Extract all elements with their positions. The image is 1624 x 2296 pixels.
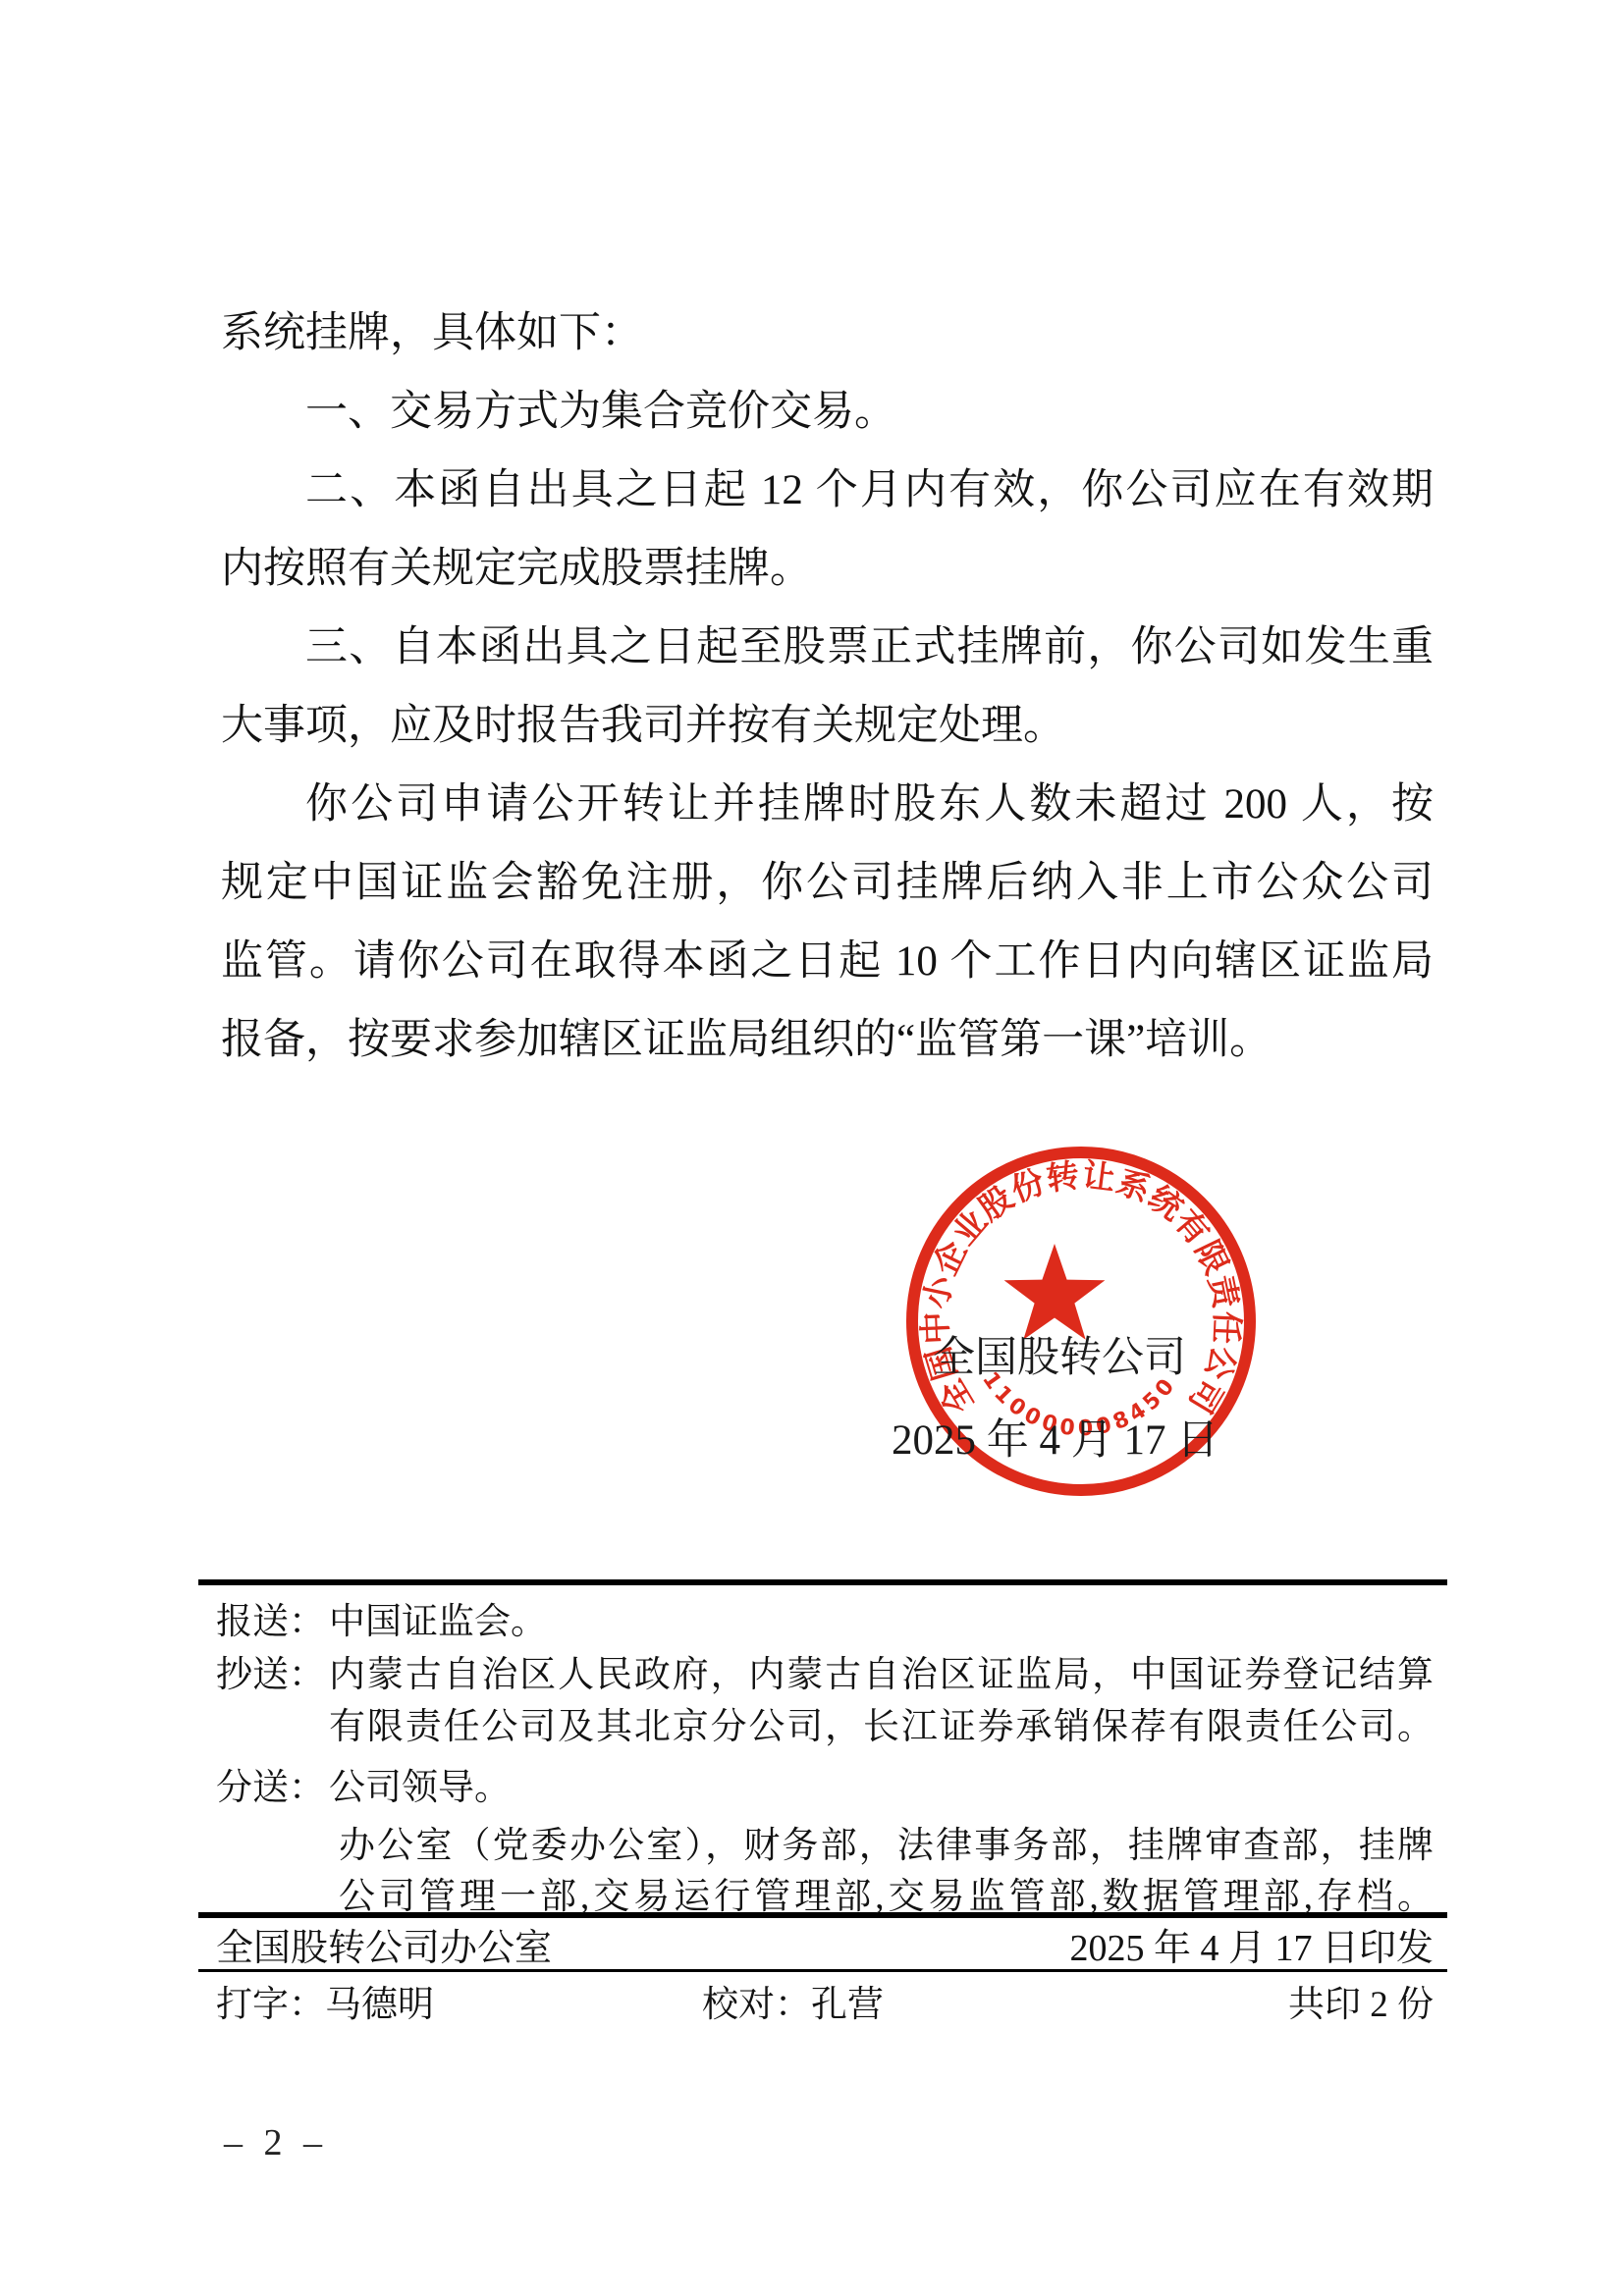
report-to-value: 中国证监会。	[329, 1600, 1434, 1645]
body-line: 大事项，应及时报告我司并按有关规定处理。	[221, 687, 1434, 766]
seal-star-icon	[1004, 1244, 1106, 1340]
cc-line-2: 有限责任公司及其北京分公司，长江证券承销保荐有限责任公司。	[329, 1705, 1434, 1750]
body-line: 二、本函自出具之日起 12 个月内有效，你公司应在有效期	[221, 452, 1434, 530]
body-line: 一、交易方式为集合竞价交易。	[221, 373, 1434, 452]
cc-label: 抄送：	[216, 1653, 325, 1698]
body-line: 你公司申请公开转让并挂牌时股东人数未超过 200 人，按	[221, 766, 1434, 844]
report-to-label: 报送：	[216, 1600, 325, 1645]
footer-top-rule	[198, 1579, 1447, 1585]
body-line: 系统挂牌，具体如下：	[221, 294, 1434, 373]
distribution-value: 公司领导。	[329, 1766, 1434, 1811]
body-line: 内按照有关规定完成股票挂牌。	[221, 530, 1434, 609]
distribution-line-2: 办公室（党委办公室），财务部，法律事务部，挂牌审查部，挂牌	[339, 1824, 1434, 1869]
body-line: 三、自本函出具之日起至股票正式挂牌前，你公司如发生重	[221, 609, 1434, 687]
signature-company: 全国股转公司	[933, 1335, 1186, 1382]
body-line: 监管。请你公司在取得本函之日起 10 个工作日内向辖区证监局	[221, 923, 1434, 1001]
copies-count: 共印 2 份	[1288, 1983, 1434, 2028]
proofreader: 校对：孔营	[702, 1983, 884, 2028]
issue-date: 2025 年 4 月 17 日印发	[1069, 1926, 1434, 1971]
issuing-office: 全国股转公司办公室	[216, 1926, 552, 1971]
signature-date: 2025 年 4 月 17 日	[892, 1417, 1218, 1465]
body-line: 报备，按要求参加辖区证监局组织的“监管第一课”培训。	[221, 1001, 1434, 1080]
distribution-line-3: 公司管理一部,交易运行管理部,交易监管部,数据管理部,存档。	[339, 1875, 1434, 1920]
cc-line-1: 内蒙古自治区人民政府，内蒙古自治区证监局，中国证券登记结算	[329, 1653, 1434, 1698]
body-line: 规定中国证监会豁免注册，你公司挂牌后纳入非上市公众公司	[221, 844, 1434, 923]
document-page: 系统挂牌，具体如下： 一、交易方式为集合竞价交易。 二、本函自出具之日起 12 …	[0, 0, 1624, 2296]
document-body: 系统挂牌，具体如下： 一、交易方式为集合竞价交易。 二、本函自出具之日起 12 …	[221, 294, 1434, 1080]
typist: 打字：马德明	[216, 1983, 434, 2028]
distribution-label: 分送：	[216, 1766, 325, 1811]
page-number: – 2 –	[224, 2120, 328, 2165]
